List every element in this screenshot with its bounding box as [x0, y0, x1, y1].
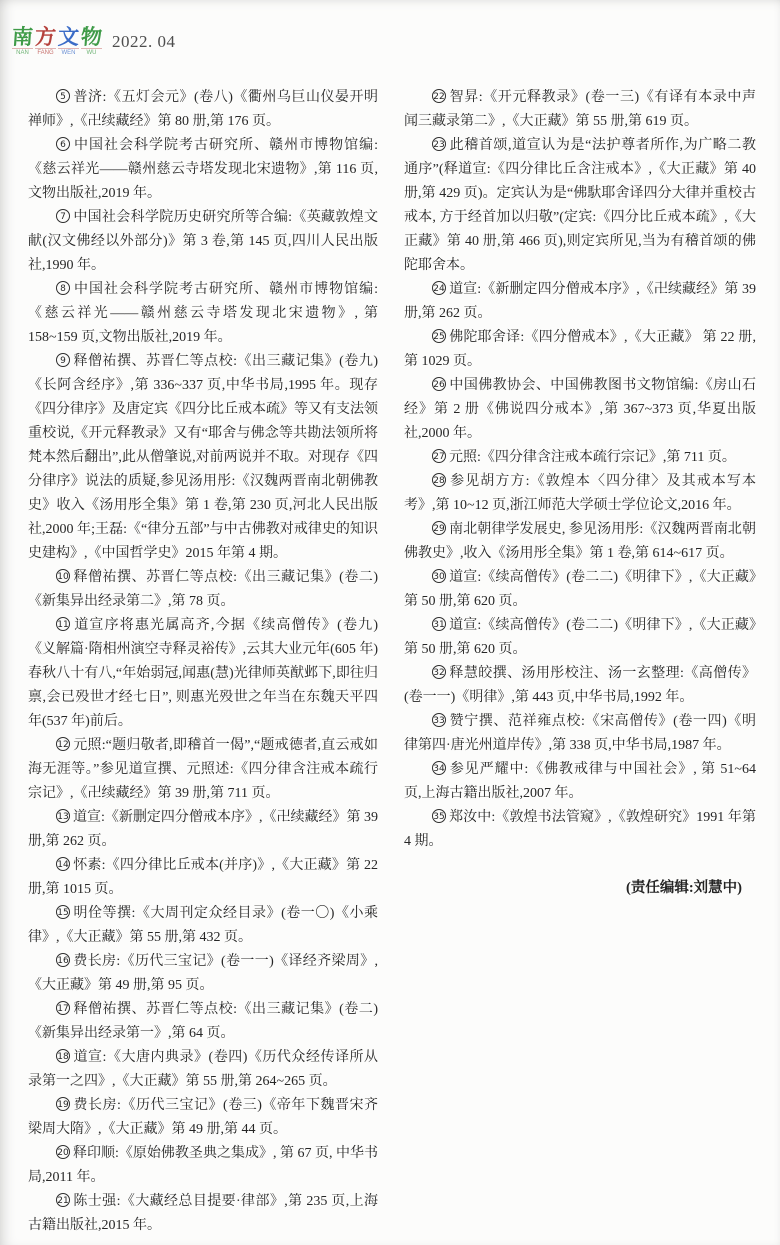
footnote-text: 中国社会科学院考古研究所、赣州市博物馆编:《慈云祥光——赣州慈云寺塔发现北宋遗物… [28, 138, 378, 201]
footnote-text: 元照:《四分律含注戒本疏行宗记》,第 711 页。 [449, 450, 736, 465]
footnote-number: 14 [56, 857, 70, 871]
footnote-number: 12 [56, 737, 70, 751]
footnote-text: 参见严耀中:《佛教戒律与中国社会》, 第 51~64 页,上海古籍出版社,200… [404, 762, 756, 801]
notes-column-left: 5普济:《五灯会元》(卷八)《衢州乌巨山仪晏开明禅师》,《卍续藏经》第 80 册… [28, 86, 378, 1238]
footnote-20: 20释印顺:《原始佛教圣典之集成》, 第 67 页, 中华书局,2011 年。 [28, 1142, 378, 1190]
footnote-31: 31道宣:《续高僧传》(卷二二)《明律下》,《大正藏》第 50 册,第 620 … [404, 614, 756, 662]
footnote-text: 参见胡方方:《敦煌本〈四分律〉及其戒本写本考》,第 10~12 页,浙江师范大学… [404, 474, 756, 513]
footnote-13: 13道宣:《新删定四分僧戒本序》,《卍续藏经》第 39 册,第 262 页。 [28, 806, 378, 854]
logo-char-nan: 南NAN [12, 26, 33, 56]
logo-latin-label: WU [81, 48, 102, 56]
logo-latin-label: NAN [12, 48, 33, 56]
footnote-number: 25 [432, 329, 446, 343]
footnote-number: 22 [432, 89, 446, 103]
footnote-25: 25佛陀耶舍译:《四分僧戒本》,《大正藏》 第 22 册,第 1029 页。 [404, 326, 756, 374]
footnote-number: 27 [432, 449, 446, 463]
footnote-number: 35 [432, 809, 446, 823]
footnote-27: 27元照:《四分律含注戒本疏行宗记》,第 711 页。 [404, 446, 756, 470]
footnote-17: 17释僧祐撰、苏晋仁等点校:《出三藏记集》(卷二)《新集异出经录第一》,第 64… [28, 998, 378, 1046]
footnote-text: 此稽首颂,道宣认为是“法护尊者所作,为广略二教通序”(释道宣:《四分律比丘含注戒… [404, 138, 756, 273]
footnote-text: 明佺等撰:《大周刊定众经目录》(卷一〇)《小乘律》,《大正藏》第 55 册,第 … [28, 906, 378, 945]
footnote-21: 21陈士强:《大藏经总目提要·律部》,第 235 页,上海古籍出版社,2015 … [28, 1190, 378, 1238]
footnote-32: 32释慧皎撰、汤用彤校注、汤一玄整理:《高僧传》(卷一一)《明律》,第 443 … [404, 662, 756, 710]
journal-header: 南NAN方FANG文WEN物WU 2022. 04 [12, 26, 176, 68]
footnote-9: 9释僧祐撰、苏晋仁等点校:《出三藏记集》(卷九)《长阿含经序》,第 336~33… [28, 350, 378, 566]
footnote-number: 11 [56, 617, 70, 631]
footnote-text: 道宣:《大唐内典录》(卷四)《历代众经传译所从录第一之四》,《大正藏》第 55 … [28, 1050, 378, 1089]
footnote-number: 19 [56, 1097, 70, 1111]
footnote-10: 10释僧祐撰、苏晋仁等点校:《出三藏记集》(卷二)《新集异出经录第二》,第 78… [28, 566, 378, 614]
footnote-number: 32 [432, 665, 446, 679]
footnote-number: 8 [56, 281, 70, 295]
footnote-number: 26 [432, 377, 446, 391]
footnote-text: 释僧祐撰、苏晋仁等点校:《出三藏记集》(卷九)《长阿含经序》,第 336~337… [28, 354, 378, 561]
logo-latin-label: WEN [58, 48, 79, 56]
footnote-text: 道宣:《新删定四分僧戒本序》,《卍续藏经》第 39 册,第 262 页。 [404, 282, 756, 321]
logo-char-wu: 物WU [81, 26, 102, 56]
footnote-text: 中国社会科学院历史研究所等合编:《英藏敦煌文献(汉文佛经以外部分)》第 3 卷,… [28, 210, 378, 273]
footnote-number: 20 [56, 1145, 70, 1159]
logo-char-fang: 方FANG [35, 26, 56, 56]
footnote-text: 释僧祐撰、苏晋仁等点校:《出三藏记集》(卷二)《新集异出经录第二》,第 78 页… [28, 570, 378, 609]
footnote-text: 道宣:《新删定四分僧戒本序》,《卍续藏经》第 39 册,第 262 页。 [28, 810, 378, 849]
editor-credit: (责任编辑:刘慧中) [404, 876, 756, 900]
logo-glyph: 文 [57, 26, 80, 48]
notes-column-right: 22智昇:《开元释教录》(卷一三)《有译有本录中声闻三藏录第二》,《大正藏》第 … [404, 86, 756, 915]
footnote-28: 28参见胡方方:《敦煌本〈四分律〉及其戒本写本考》,第 10~12 页,浙江师范… [404, 470, 756, 518]
footnote-number: 33 [432, 713, 446, 727]
footnote-number: 9 [56, 353, 70, 367]
footnote-6: 6中国社会科学院考古研究所、赣州市博物馆编:《慈云祥光——赣州慈云寺塔发现北宋遗… [28, 134, 378, 206]
journal-logo: 南NAN方FANG文WEN物WU [12, 26, 104, 56]
footnote-number: 31 [432, 617, 446, 631]
footnote-number: 29 [432, 521, 446, 535]
footnote-22: 22智昇:《开元释教录》(卷一三)《有译有本录中声闻三藏录第二》,《大正藏》第 … [404, 86, 756, 134]
footnote-12: 12元照:“题归敬者,即稽首一偈”,“题戒德者,直云戒如海无涯等。”参见道宣撰、… [28, 734, 378, 806]
footnote-7: 7中国社会科学院历史研究所等合编:《英藏敦煌文献(汉文佛经以外部分)》第 3 卷… [28, 206, 378, 278]
footnote-text: 普济:《五灯会元》(卷八)《衢州乌巨山仪晏开明禅师》,《卍续藏经》第 80 册,… [28, 90, 378, 129]
footnote-number: 24 [432, 281, 446, 295]
footnote-number: 13 [56, 809, 70, 823]
footnote-text: 释僧祐撰、苏晋仁等点校:《出三藏记集》(卷二)《新集异出经录第一》,第 64 页… [28, 1002, 378, 1041]
footnote-5: 5普济:《五灯会元》(卷八)《衢州乌巨山仪晏开明禅师》,《卍续藏经》第 80 册… [28, 86, 378, 134]
logo-glyph: 南 [11, 26, 34, 48]
footnote-text: 南北朝律学发展史, 参见汤用彤:《汉魏两晋南北朝佛教史》,收入《汤用彤全集》第 … [404, 522, 756, 561]
footnote-14: 14怀素:《四分律比丘戒本(并序)》,《大正藏》第 22 册,第 1015 页。 [28, 854, 378, 902]
footnote-text: 郑汝中:《敦煌书法管窥》,《敦煌研究》1991 年第 4 期。 [404, 810, 756, 849]
footnote-text: 智昇:《开元释教录》(卷一三)《有译有本录中声闻三藏录第二》,《大正藏》第 55… [404, 90, 756, 129]
footnote-11: 11道宣序将惠光属高齐,今据《续高僧传》(卷九)《义解篇·隋相州演空寺释灵裕传》… [28, 614, 378, 734]
footnote-number: 28 [432, 473, 446, 487]
footnote-35: 35郑汝中:《敦煌书法管窥》,《敦煌研究》1991 年第 4 期。 [404, 806, 756, 854]
footnote-33: 33赞宁撰、范祥雍点校:《宋高僧传》(卷一四)《明律第四·唐光州道岸传》,第 3… [404, 710, 756, 758]
footnote-number: 23 [432, 137, 446, 151]
footnote-18: 18道宣:《大唐内典录》(卷四)《历代众经传译所从录第一之四》,《大正藏》第 5… [28, 1046, 378, 1094]
footnote-15: 15明佺等撰:《大周刊定众经目录》(卷一〇)《小乘律》,《大正藏》第 55 册,… [28, 902, 378, 950]
footnote-text: 佛陀耶舍译:《四分僧戒本》,《大正藏》 第 22 册,第 1029 页。 [404, 330, 756, 369]
footnote-number: 34 [432, 761, 446, 775]
footnote-19: 19费长房:《历代三宝记》(卷三)《帝年下魏晋宋齐梁周大隋》,《大正藏》第 49… [28, 1094, 378, 1142]
footnote-text: 中国佛教协会、中国佛教图书文物馆编:《房山石经》第 2 册《佛说四分戒本》,第 … [404, 378, 756, 441]
footnote-text: 道宣:《续高僧传》(卷二二)《明律下》,《大正藏》第 50 册,第 620 页。 [404, 570, 756, 609]
footnote-16: 16费长房:《历代三宝记》(卷一一)《译经齐梁周》,《大正藏》第 49 册,第 … [28, 950, 378, 998]
issue-number: 2022. 04 [112, 32, 176, 52]
footnote-text: 怀素:《四分律比丘戒本(并序)》,《大正藏》第 22 册,第 1015 页。 [28, 858, 378, 897]
footnote-number: 21 [56, 1193, 70, 1207]
footnote-34: 34参见严耀中:《佛教戒律与中国社会》, 第 51~64 页,上海古籍出版社,2… [404, 758, 756, 806]
footnote-number: 7 [56, 209, 70, 223]
logo-glyph: 方 [34, 26, 57, 48]
logo-glyph: 物 [80, 26, 103, 48]
footnote-number: 15 [56, 905, 70, 919]
logo-char-wen: 文WEN [58, 26, 79, 56]
footnote-text: 费长房:《历代三宝记》(卷一一)《译经齐梁周》,《大正藏》第 49 册,第 95… [28, 954, 378, 993]
footnote-number: 17 [56, 1001, 70, 1015]
footnote-text: 赞宁撰、范祥雍点校:《宋高僧传》(卷一四)《明律第四·唐光州道岸传》,第 338… [404, 714, 756, 753]
footnote-30: 30道宣:《续高僧传》(卷二二)《明律下》,《大正藏》第 50 册,第 620 … [404, 566, 756, 614]
footnote-number: 6 [56, 137, 70, 151]
footnote-text: 道宣:《续高僧传》(卷二二)《明律下》,《大正藏》第 50 册,第 620 页。 [404, 618, 756, 657]
footnote-text: 元照:“题归敬者,即稽首一偈”,“题戒德者,直云戒如海无涯等。”参见道宣撰、元照… [28, 738, 378, 801]
footnote-23: 23此稽首颂,道宣认为是“法护尊者所作,为广略二教通序”(释道宣:《四分律比丘含… [404, 134, 756, 278]
footnote-text: 陈士强:《大藏经总目提要·律部》,第 235 页,上海古籍出版社,2015 年。 [28, 1194, 378, 1233]
logo-latin-label: FANG [35, 48, 56, 56]
footnote-text: 道宣序将惠光属高齐,今据《续高僧传》(卷九)《义解篇·隋相州演空寺释灵裕传》,云… [28, 618, 378, 729]
journal-page: 南NAN方FANG文WEN物WU 2022. 04 5普济:《五灯会元》(卷八)… [0, 0, 780, 1245]
footnote-number: 16 [56, 953, 70, 967]
footnote-text: 释印顺:《原始佛教圣典之集成》, 第 67 页, 中华书局,2011 年。 [28, 1146, 378, 1185]
footnote-number: 18 [56, 1049, 70, 1063]
footnote-number: 10 [56, 569, 70, 583]
footnote-number: 30 [432, 569, 446, 583]
footnote-26: 26中国佛教协会、中国佛教图书文物馆编:《房山石经》第 2 册《佛说四分戒本》,… [404, 374, 756, 446]
footnote-text: 费长房:《历代三宝记》(卷三)《帝年下魏晋宋齐梁周大隋》,《大正藏》第 49 册… [28, 1098, 378, 1137]
footnote-29: 29南北朝律学发展史, 参见汤用彤:《汉魏两晋南北朝佛教史》,收入《汤用彤全集》… [404, 518, 756, 566]
footnote-text: 中国社会科学院考古研究所、赣州市博物馆编:《慈云祥光——赣州慈云寺塔发现北宋遗物… [28, 282, 378, 345]
footnote-8: 8中国社会科学院考古研究所、赣州市博物馆编:《慈云祥光——赣州慈云寺塔发现北宋遗… [28, 278, 378, 350]
footnote-number: 5 [56, 89, 70, 103]
footnote-text: 释慧皎撰、汤用彤校注、汤一玄整理:《高僧传》(卷一一)《明律》,第 443 页,… [404, 666, 756, 705]
footnote-24: 24道宣:《新删定四分僧戒本序》,《卍续藏经》第 39 册,第 262 页。 [404, 278, 756, 326]
